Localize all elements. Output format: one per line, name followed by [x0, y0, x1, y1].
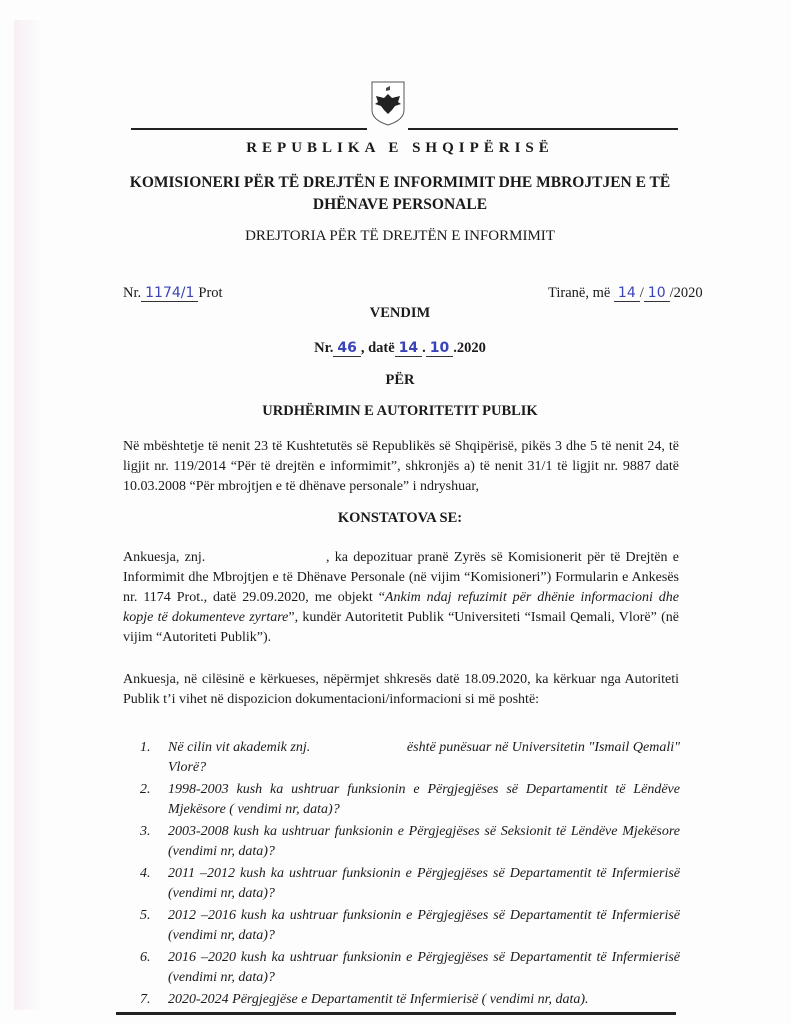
- republic-heading: REPUBLIKA E SHQIPËRISË: [100, 140, 700, 157]
- complaint-paragraph: Ankuesja, znj. , ka depozituar pranë Zyr…: [123, 548, 679, 648]
- scan-page-edge: [14, 20, 40, 1010]
- header-rule-right: [408, 128, 678, 130]
- list-item: 4.2011 –2012 kush ka ushtruar funksionin…: [140, 864, 680, 904]
- legal-basis-paragraph: Në mbështetje të nenit 23 të Kushtetutës…: [123, 437, 679, 497]
- request-intro-paragraph: Ankuesja, në cilësinë e kërkueses, nëpër…: [123, 670, 679, 710]
- list-item: 3.2003-2008 kush ka ushtruar funksionin …: [140, 822, 680, 862]
- albanian-eagle-emblem-icon: [370, 80, 406, 126]
- place-date: Tiranë, më 14/10/2020: [548, 285, 703, 302]
- directorate-heading: DREJTORIA PËR TË DREJTËN E INFORMIMIT: [100, 228, 700, 245]
- handwritten-decision-number: 46: [333, 340, 360, 357]
- handwritten-decision-day: 14: [395, 340, 422, 357]
- per-heading: PËR: [100, 372, 700, 389]
- list-item: 6.2016 –2020 kush ka ushtruar funksionin…: [140, 948, 680, 988]
- decision-number: Nr.46, datë14.10.2020: [100, 340, 700, 357]
- konstatova-heading: KONSTATOVA SE:: [100, 510, 700, 527]
- decision-subject: URDHËRIMIN E AUTORITETIT PUBLIK: [100, 403, 700, 420]
- request-list: 1.Në cilin vit akademik znj. është punës…: [140, 738, 680, 1012]
- handwritten-protocol-number: 1174/1: [141, 285, 198, 302]
- handwritten-month: 10: [644, 285, 670, 302]
- header-rule-left: [131, 128, 367, 130]
- list-item: 7.2020-2024 Përgjegjëse e Departamentit …: [140, 990, 680, 1010]
- protocol-number: Nr.1174/1Prot: [123, 285, 223, 302]
- handwritten-day: 14: [614, 285, 640, 302]
- list-item: 2.1998-2003 kush ka ushtruar funksionin …: [140, 780, 680, 820]
- handwritten-decision-month: 10: [426, 340, 453, 357]
- list-item: 5.2012 –2016 kush ka ushtruar funksionin…: [140, 906, 680, 946]
- list-item: 1.Në cilin vit akademik znj. është punës…: [140, 738, 680, 778]
- commissioner-heading: KOMISIONERI PËR TË DREJTËN E INFORMIMIT …: [115, 172, 685, 216]
- decision-title: VENDIM: [100, 305, 700, 322]
- footer-rule: [116, 1012, 676, 1015]
